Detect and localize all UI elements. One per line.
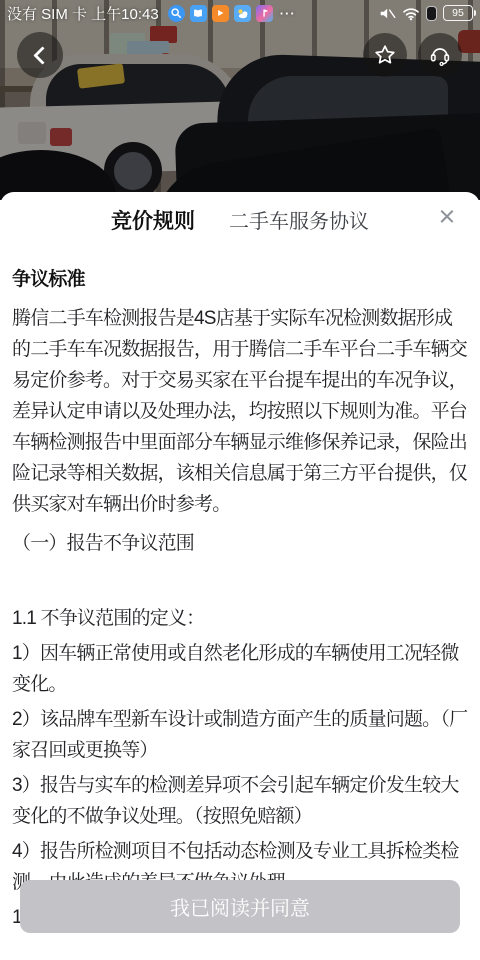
dealership-photo	[0, 0, 480, 200]
notification-icons	[168, 5, 273, 22]
status-right-cluster: 95	[379, 5, 473, 21]
tab-label: 二手车服务协议	[229, 205, 369, 234]
wifi-icon	[402, 6, 420, 21]
status-bar: 没有 SIM 卡 上午10:43 ··· 95	[0, 0, 480, 26]
eye-comfort-icon	[426, 6, 437, 21]
search-icon	[168, 5, 185, 22]
weather-icon	[234, 5, 251, 22]
intro-paragraph: 腾信二手车检测报告是4S店基于实际车况检测数据形成的二手车车况数据报告，用于腾信…	[12, 303, 468, 520]
tab-label: 竞价规则	[111, 205, 195, 235]
rules-content: 争议标准 腾信二手车检测报告是4S店基于实际车况检测数据形成的二手车车况数据报告…	[0, 264, 480, 933]
agree-button[interactable]: 我已阅读并同意	[20, 880, 460, 933]
section-one-title: （一）报告不争议范围	[12, 528, 468, 559]
star-icon	[373, 43, 397, 67]
favorite-button[interactable]	[363, 33, 407, 77]
tab-service-agreement[interactable]: 二手车服务协议	[229, 205, 369, 234]
more-notifications-dots: ···	[280, 6, 296, 21]
rules-dialog: 竞价规则 二手车服务协议 × 争议标准 腾信二手车检测报告是4S店基于实际车况检…	[0, 192, 480, 960]
back-button[interactable]	[17, 32, 63, 78]
battery-percent: 95	[452, 7, 464, 19]
clause-1-1-title: 1.1 不争议范围的定义：	[12, 603, 468, 634]
chevron-left-icon	[33, 46, 51, 64]
support-button[interactable]	[418, 33, 462, 77]
dialog-tab-bar: 竞价规则 二手车服务协议 ×	[0, 192, 480, 240]
clause-item: 3）报告与实车的检测差异项不会引起车辆定价发生较大变化的不做争议处理。（按照免赔…	[12, 770, 468, 832]
book-icon	[190, 5, 207, 22]
carrier-time-text: 没有 SIM 卡 上午10:43	[7, 3, 159, 24]
mute-icon	[379, 6, 396, 21]
dispute-standard-heading: 争议标准	[12, 264, 468, 295]
photo-dim-overlay	[0, 0, 480, 200]
headset-icon	[428, 43, 452, 67]
clause-item: 2）该品牌车型新车设计或制造方面产生的质量问题。（厂家召回或更换等）	[12, 704, 468, 766]
close-icon[interactable]: ×	[428, 198, 466, 236]
tab-bidding-rules[interactable]: 竞价规则	[111, 205, 195, 235]
play-icon	[212, 5, 229, 22]
pin-icon	[256, 5, 273, 22]
battery-icon: 95	[443, 5, 473, 21]
clause-item: 1）因车辆正常使用或自然老化形成的车辆使用工况轻微变化。	[12, 638, 468, 700]
footer-background	[0, 933, 480, 960]
